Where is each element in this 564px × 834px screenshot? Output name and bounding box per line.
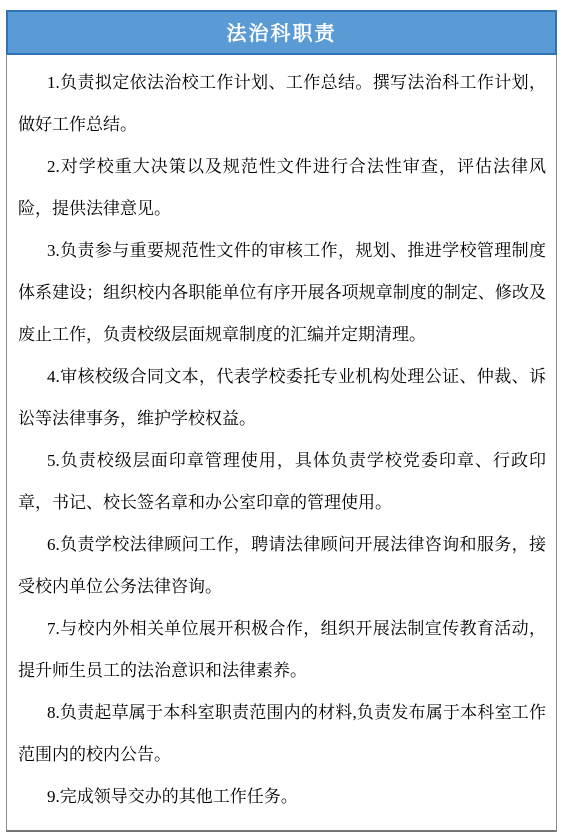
list-item: 8.负责起草属于本科室职责范围内的材料,负责发布属于本科室工作范围内的校内公告。 [18, 692, 546, 776]
list-item: 4.审核校级合同文本，代表学校委托专业机构处理公证、仲裁、诉讼等法律事务，维护学… [18, 356, 546, 440]
document-body: 1.负责拟定依法治校工作计划、工作总结。撰写法治科工作计划，做好工作总结。2.对… [6, 55, 557, 832]
list-item: 2.对学校重大决策以及规范性文件进行合法性审查，评估法律风险，提供法律意见。 [18, 146, 546, 230]
list-item: 3.负责参与重要规范性文件的审核工作，规划、推进学校管理制度体系建设；组织校内各… [18, 230, 546, 356]
list-item: 1.负责拟定依法治校工作计划、工作总结。撰写法治科工作计划，做好工作总结。 [18, 62, 546, 146]
list-item: 5.负责校级层面印章管理使用，具体负责学校党委印章、行政印章，书记、校长签名章和… [18, 440, 546, 524]
page-title: 法治科职责 [227, 22, 337, 44]
responsibilities-table: 法治科职责 1.负责拟定依法治校工作计划、工作总结。撰写法治科工作计划，做好工作… [6, 10, 557, 832]
list-item: 6.负责学校法律顾问工作，聘请法律顾问开展法律咨询和服务，接受校内单位公务法律咨… [18, 524, 546, 608]
document-page: 法治科职责 1.负责拟定依法治校工作计划、工作总结。撰写法治科工作计划，做好工作… [0, 0, 564, 834]
section-title-bar: 法治科职责 [6, 10, 557, 55]
list-item: 7.与校内外相关单位展开积极合作，组织开展法制宣传教育活动，提升师生员工的法治意… [18, 608, 546, 692]
list-item: 9.完成领导交办的其他工作任务。 [18, 776, 546, 818]
